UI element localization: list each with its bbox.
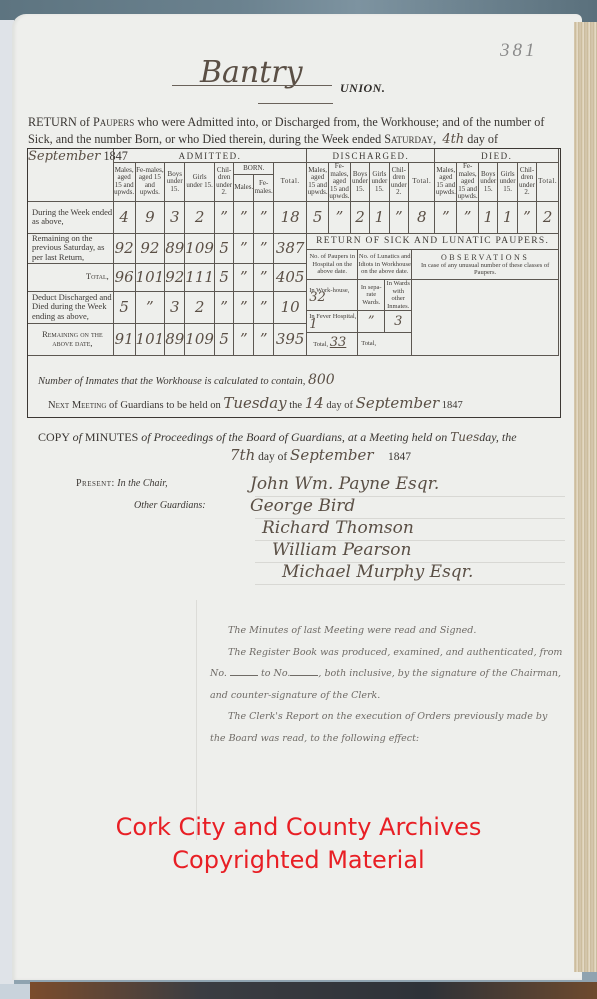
minutes-heading: COPY of MINUTES of Proceedings of the Bo… [38,430,568,445]
meeting-month: September [290,446,374,464]
next-meeting-label: Next Meeting [48,400,106,411]
watermark-line2: Copyrighted Material [0,844,597,877]
in-chair-label: In the Chair, [117,478,167,489]
next-meeting-day: Tuesday [223,394,286,412]
clerk-report: The Clerk's Report on the execution of O… [210,706,565,749]
meeting-date: 7th day of September 1847 [230,446,411,464]
intro-text: day of [464,132,498,146]
intro-text: Paupers [93,115,134,129]
other-guardians-label: Other Guardians: [134,500,206,511]
next-meeting-date: 14 [305,394,324,412]
guardian-name: Michael Murphy Esqr. [282,562,473,582]
next-meeting-year: 1847 [442,400,463,411]
guardian-name: William Pearson [272,540,412,560]
blank-field [290,667,318,676]
minutes-read: The Minutes of last Meeting were read an… [210,620,565,642]
next-meeting-text: the [287,400,305,411]
heading-text: day, the [479,430,516,444]
heading-text: of Proceedings of the Board of Guardians… [141,430,447,444]
heading-text: COPY [38,430,73,444]
intro-text: Saturday, [384,132,436,146]
week-day: 4th [442,132,464,147]
inmates-value: 800 [308,372,335,388]
meeting-day: 7th [230,446,255,464]
chair-name: John Wm. Payne Esqr. [250,474,439,494]
guardian-name: Richard Thomson [262,518,414,538]
margin-line [196,600,197,840]
meeting-weekday: Tues [450,430,479,444]
union-underline-2 [258,103,333,104]
ruled-line [255,584,565,585]
heading-text: MINUTES [82,430,141,444]
next-meeting: Next Meeting of Guardians to be held on … [48,394,463,412]
inmates-capacity: Number of Inmates that the Workhouse is … [38,372,335,388]
register-text: to No. [261,668,290,679]
blank-field [230,667,258,676]
printed-minutes: The Minutes of last Meeting were read an… [210,620,565,749]
union-label: UNION. [340,81,385,96]
present-text: Present: [76,478,115,489]
heading-text: of [73,430,82,444]
next-meeting-month: September [356,394,440,412]
next-meeting-text: of Guardians to be held on [106,400,223,411]
meeting-date-text: day of [255,451,290,463]
book-cover-bottom [30,982,597,999]
register-book: The Register Book was produced, examined… [210,642,565,707]
present-label: Present: In the Chair, [76,478,168,489]
intro-text: RETURN of [28,115,93,129]
guardian-name: George Bird [250,496,355,516]
watermark-line1: Cork City and County Archives [0,811,597,844]
union-underline [172,85,332,86]
meeting-year: 1847 [388,451,411,463]
inmates-text: Number of Inmates that the Workhouse is … [38,376,305,387]
next-meeting-text: day of [324,400,356,411]
page-number: 381 [500,40,538,62]
